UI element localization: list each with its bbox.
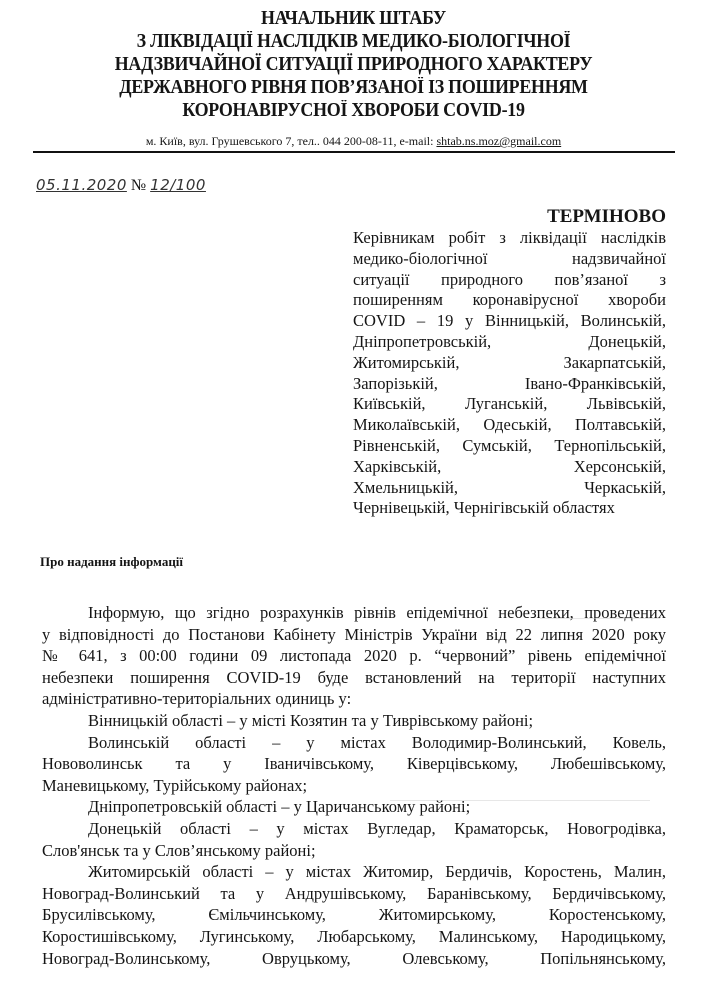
addressee-line: Хмельницькій, Черкаській, xyxy=(353,478,666,499)
scan-artifact xyxy=(390,800,650,801)
registration-date: 05.11.2020 xyxy=(36,176,127,194)
body-line: Коростишівському, Лугинському, Любарсько… xyxy=(42,926,666,948)
scan-artifact xyxy=(540,618,660,619)
body-line: у відповідності до Постанови Кабінету Мі… xyxy=(42,624,666,646)
letterhead-title-line-4: ДЕРЖАВНОГО РІВНЯ ПОВ’ЯЗАНОЇ ІЗ ПОШИРЕННЯ… xyxy=(0,77,707,99)
letterhead-divider xyxy=(33,151,675,153)
addressee-line: медико-біологічної надзвичайної xyxy=(353,249,666,270)
addressee-line: Запорізькій, Івано-Франківській, xyxy=(353,374,666,395)
addressee-line: COVID – 19 у Вінницькій, Волинській, xyxy=(353,311,666,332)
body-line: Інформую, що згідно розрахунків рівнів е… xyxy=(42,602,666,624)
registration-number: 12/100 xyxy=(150,176,206,194)
urgency-label: ТЕРМІНОВО xyxy=(547,206,666,228)
body-line: Волинській області – у містах Володимир-… xyxy=(42,732,666,754)
body-line: Новоград-Волинський та у Андрушівському,… xyxy=(42,883,666,905)
addressee-line: Харківській, Херсонській, xyxy=(353,457,666,478)
letterhead-title-line-2: З ЛІКВІДАЦІЇ НАСЛІДКІВ МЕДИКО-БІОЛОГІЧНО… xyxy=(0,31,707,53)
addressee-line: Дніпропетровській, Донецькій, xyxy=(353,332,666,353)
address-text: м. Київ, вул. Грушевського 7, тел.. 044 … xyxy=(146,134,437,148)
letterhead-title-line-1: НАЧАЛЬНИК ШТАБУ xyxy=(0,8,707,30)
body-line: Донецькій області – у містах Вугледар, К… xyxy=(42,818,666,840)
body-line: Житомирській області – у містах Житомир,… xyxy=(42,861,666,883)
body-line: Вінницькій області – у місті Козятин та … xyxy=(42,710,666,732)
addressee-line: Житомирській, Закарпатській, xyxy=(353,353,666,374)
email-link[interactable]: shtab.ns.moz@gmail.com xyxy=(436,134,561,148)
addressee-line: поширенням коронавірусної хвороби xyxy=(353,290,666,311)
subject-line: Про надання інформації xyxy=(40,554,183,570)
document-page: НАЧАЛЬНИК ШТАБУ З ЛІКВІДАЦІЇ НАСЛІДКІВ М… xyxy=(0,0,707,1000)
addressee-line: Миколаївській, Одеській, Полтавській, xyxy=(353,415,666,436)
addressee-block: Керівникам робіт з ліквідації наслідківм… xyxy=(353,228,666,519)
addressee-line: Київській, Луганській, Львівській, xyxy=(353,394,666,415)
body-line: № 641, з 00:00 години 09 листопада 2020 … xyxy=(42,645,666,667)
letterhead-title-line-5: КОРОНАВІРУСНОЇ ХВОРОБИ COVID-19 xyxy=(0,100,707,122)
number-sign: № xyxy=(131,177,146,194)
letterhead-address: м. Київ, вул. Грушевського 7, тел.. 044 … xyxy=(0,134,707,149)
body-line: Брусилівському, Ємільчинському, Житомирс… xyxy=(42,904,666,926)
letter-body: Інформую, що згідно розрахунків рівнів е… xyxy=(42,602,666,969)
addressee-line: Керівникам робіт з ліквідації наслідків xyxy=(353,228,666,249)
body-line: Маневицькому, Турійському районах; xyxy=(42,775,666,797)
addressee-line: Рівненській, Сумській, Тернопільській, xyxy=(353,436,666,457)
body-line: небезпеки поширення COVID-19 буде встано… xyxy=(42,667,666,689)
body-line: Слов'янськ та у Слов’янському районі; xyxy=(42,840,666,862)
body-line: Нововолинськ та у Іваничівському, Ківерц… xyxy=(42,753,666,775)
body-line: Новоград-Волинському, Овруцькому, Олевсь… xyxy=(42,948,666,970)
registration-line: 05.11.2020 № 12/100 xyxy=(36,176,206,195)
letterhead-title-line-3: НАДЗВИЧАЙНОЇ СИТУАЦІЇ ПРИРОДНОГО ХАРАКТЕ… xyxy=(0,54,707,76)
addressee-line: ситуації природного пов’язаної з xyxy=(353,270,666,291)
addressee-line: Чернівецькій, Чернігівській областях xyxy=(353,498,666,519)
body-line: адміністративно-територіальних одиниць у… xyxy=(42,688,666,710)
